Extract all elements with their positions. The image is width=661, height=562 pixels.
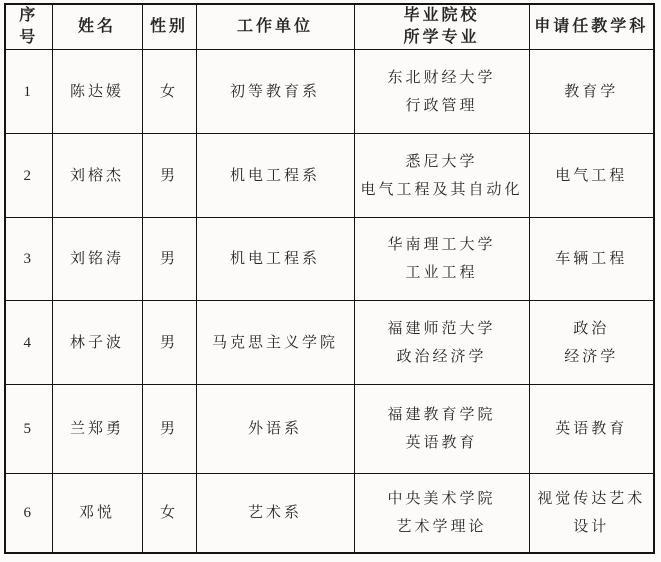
cell-name: 刘榕杰 <box>52 134 142 218</box>
teacher-application-table: 序 号 姓名 性别 工作单位 毕业院校 所学专业 申请任教学科 1 陈达媛 女 … <box>4 3 655 554</box>
cell-work-unit: 艺术系 <box>196 474 354 553</box>
cell-college-major: 中央美术学院 艺术学理论 <box>354 474 529 553</box>
cell-gender: 男 <box>142 218 196 301</box>
cell-work-unit: 初等教育系 <box>196 50 354 134</box>
cell-serial: 4 <box>5 301 52 385</box>
table-row: 3 刘铭涛 男 机电工程系 华南理工大学 工业工程 车辆工程 <box>5 218 654 301</box>
header-cell-college-major: 毕业院校 所学专业 <box>354 4 529 50</box>
cell-college-major: 福建师范大学 政治经济学 <box>354 301 529 385</box>
cell-gender: 男 <box>142 301 196 385</box>
cell-serial: 5 <box>5 385 52 474</box>
cell-name: 邓悦 <box>52 474 142 553</box>
cell-name: 刘铭涛 <box>52 218 142 301</box>
cell-work-unit: 马克思主义学院 <box>196 301 354 385</box>
header-cell-serial: 序 号 <box>5 4 52 50</box>
header-cell-work-unit: 工作单位 <box>196 4 354 50</box>
cell-subject: 英语教育 <box>529 385 654 474</box>
table-row: 1 陈达媛 女 初等教育系 东北财经大学 行政管理 教育学 <box>5 50 654 134</box>
cell-subject: 视觉传达艺术 设计 <box>529 474 654 553</box>
cell-subject: 政治 经济学 <box>529 301 654 385</box>
table-row: 4 林子波 男 马克思主义学院 福建师范大学 政治经济学 政治 经济学 <box>5 301 654 385</box>
header-cell-name: 姓名 <box>52 4 142 50</box>
header-cell-gender: 性别 <box>142 4 196 50</box>
header-cell-subject: 申请任教学科 <box>529 4 654 50</box>
cell-serial: 2 <box>5 134 52 218</box>
cell-subject: 电气工程 <box>529 134 654 218</box>
table-row: 2 刘榕杰 男 机电工程系 悉尼大学 电气工程及其自动化 电气工程 <box>5 134 654 218</box>
cell-gender: 女 <box>142 50 196 134</box>
cell-serial: 6 <box>5 474 52 553</box>
cell-name: 陈达媛 <box>52 50 142 134</box>
cell-gender: 男 <box>142 134 196 218</box>
cell-college-major: 福建教育学院 英语教育 <box>354 385 529 474</box>
cell-serial: 3 <box>5 218 52 301</box>
cell-work-unit: 机电工程系 <box>196 218 354 301</box>
cell-gender: 男 <box>142 385 196 474</box>
cell-gender: 女 <box>142 474 196 553</box>
cell-serial: 1 <box>5 50 52 134</box>
header-row: 序 号 姓名 性别 工作单位 毕业院校 所学专业 申请任教学科 <box>5 4 654 50</box>
cell-subject: 车辆工程 <box>529 218 654 301</box>
cell-name: 林子波 <box>52 301 142 385</box>
cell-college-major: 悉尼大学 电气工程及其自动化 <box>354 134 529 218</box>
document-page: 序 号 姓名 性别 工作单位 毕业院校 所学专业 申请任教学科 1 陈达媛 女 … <box>0 0 661 562</box>
cell-college-major: 东北财经大学 行政管理 <box>354 50 529 134</box>
cell-college-major: 华南理工大学 工业工程 <box>354 218 529 301</box>
cell-name: 兰郑勇 <box>52 385 142 474</box>
table-row: 5 兰郑勇 男 外语系 福建教育学院 英语教育 英语教育 <box>5 385 654 474</box>
cell-subject: 教育学 <box>529 50 654 134</box>
cell-work-unit: 外语系 <box>196 385 354 474</box>
cell-work-unit: 机电工程系 <box>196 134 354 218</box>
table-row: 6 邓悦 女 艺术系 中央美术学院 艺术学理论 视觉传达艺术 设计 <box>5 474 654 553</box>
